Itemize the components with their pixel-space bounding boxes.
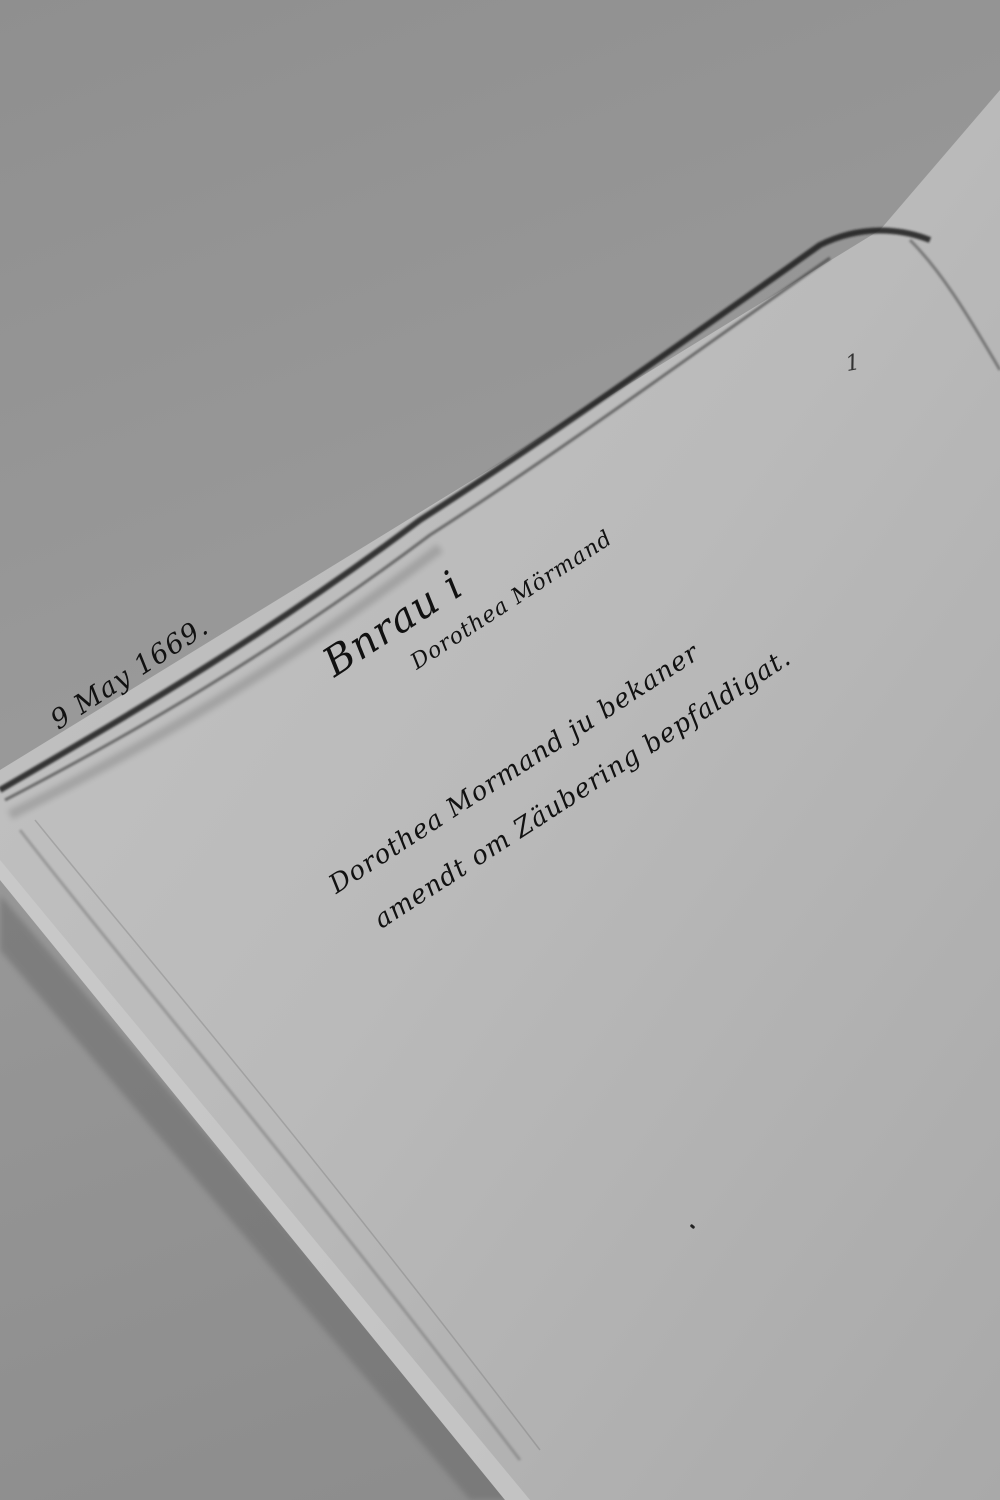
manuscript-page-shape [0, 0, 1000, 1500]
photo-scene: 1 9 May 1669. Bnrau i Dorothea Mörmand D… [0, 0, 1000, 1500]
